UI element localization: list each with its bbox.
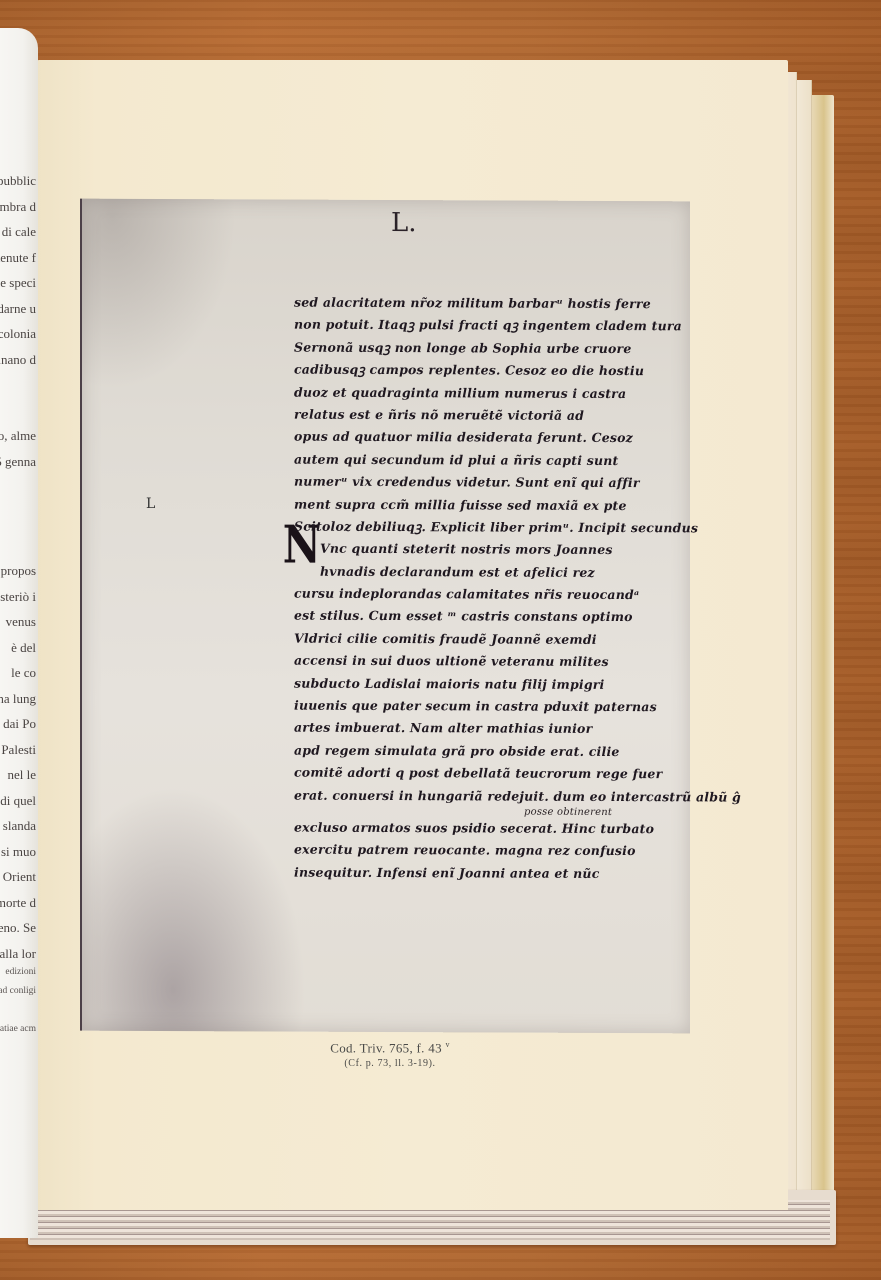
manuscript-line: autem qui secundum id plui a ñris capti … <box>294 448 689 472</box>
text-line <box>0 1001 36 1020</box>
text-line: di cale <box>0 219 36 245</box>
manuscript-line: cadibusqꝫ campos replentes. Cesoz eo die… <box>294 359 689 383</box>
manuscript-text: sed alacritatem nr̃oz militum barbarᵘ ho… <box>294 292 689 886</box>
caption-title: Cod. Triv. 765, f. 43 v <box>280 1040 500 1056</box>
manuscript-facsimile-plate: L. N sed alacritatem nr̃oz militum barba… <box>80 199 690 1034</box>
manuscript-line: iuuenis que pater secum in castra pduxit… <box>294 695 689 719</box>
manuscript-line: Vnc quanti steterit nostris mors Joannes <box>294 538 689 562</box>
manuscript-line: cursu indeplorandas calamitates nr̃is re… <box>294 583 689 607</box>
manuscript-line: Sernonã usqꝫ non longe ab Sophia urbe cr… <box>294 336 689 360</box>
text-line: e pubblic <box>0 168 36 194</box>
text-line: colonia <box>0 321 36 347</box>
text-line: edizioni <box>0 963 36 982</box>
manuscript-line: sed alacritatem nr̃oz militum barbarᵘ ho… <box>294 292 689 316</box>
text-line: darne u <box>0 296 36 322</box>
text-line: è del <box>0 635 36 661</box>
manuscript-line: est stilus. Cum esset ᵐ castris constans… <box>294 605 689 629</box>
manuscript-line: subducto Ladislai maioris natu filij imp… <box>294 672 689 696</box>
caption-superscript: v <box>445 1040 449 1049</box>
manuscript-line: exercitu patrem reuocante. magna rez con… <box>294 839 689 863</box>
manuscript-line: artes imbuerat. Nam alter mathias iunior <box>294 717 689 741</box>
text-line: one speci <box>0 270 36 296</box>
text-line: n Orient <box>0 864 36 890</box>
text-line: di quel <box>0 788 36 814</box>
plate-caption: Cod. Triv. 765, f. 43 v (Cf. p. 73, ll. … <box>280 1040 500 1069</box>
manuscript-line: non potuit. Itaqꝫ pulsi fracti qꝫ ingent… <box>294 314 689 338</box>
text-line: o, alme <box>0 423 36 449</box>
manuscript-line: hvnadis declarandum est et afelici rez <box>294 560 689 584</box>
text-line: minano d <box>0 347 36 373</box>
caption-reference: (Cf. p. 73, ll. 3-19). <box>280 1058 500 1069</box>
text-line: osteriò i <box>0 584 36 610</box>
text-line: eno. Se <box>0 915 36 941</box>
folio-mark: L. <box>391 208 417 238</box>
manuscript-line: ment supra ccm̃ millia fuisse sed maxiã … <box>294 493 689 517</box>
text-line <box>0 398 36 424</box>
text-line: 5 genna <box>0 449 36 475</box>
manuscript-line: insequitur. Infensi enĩ Joanni antea et … <box>294 861 689 885</box>
text-line: nel le <box>0 762 36 788</box>
caption-title-text: Cod. Triv. 765, f. 43 <box>330 1040 442 1055</box>
text-line: ad conligi <box>0 982 36 1001</box>
left-page-text-middle: propososteriò ivenusè delle couna lungda… <box>0 558 36 966</box>
text-line: dai Po <box>0 711 36 737</box>
manuscript-line: excluso armatos suos psidio secerat. Hin… <box>294 817 689 841</box>
text-line: le co <box>0 660 36 686</box>
manuscript-line: accensi in sui duos ultionẽ veteranu mil… <box>294 650 689 674</box>
manuscript-line: apd regem simulata grã pro obside erat. … <box>294 739 689 763</box>
text-line: una lung <box>0 686 36 712</box>
text-line: Palesti <box>0 737 36 763</box>
manuscript-line: Scitoloz debiliuqꝫ. Explicit liber primᵘ… <box>294 516 689 540</box>
manuscript-line: comitẽ adorti q post debellatã teucrorum… <box>294 762 689 786</box>
left-page: e pubblicsembra ddi caletenute fone spec… <box>0 28 38 1238</box>
manuscript-line: opus ad quatuor milia desiderata ferunt.… <box>294 426 689 450</box>
text-line: propos <box>0 558 36 584</box>
text-line: venus <box>0 609 36 635</box>
text-line: atiae acm <box>0 1020 36 1039</box>
text-line: slanda <box>0 813 36 839</box>
manuscript-line: relatus est e ñris nõ meruẽtẽ victoriã a… <box>294 404 689 428</box>
text-line: tenute f <box>0 245 36 271</box>
manuscript-line: duoz et quadraginta millium numerus i ca… <box>294 381 689 405</box>
text-line: sembra d <box>0 194 36 220</box>
manuscript-line: numerᵘ vix credendus videtur. Sunt enĩ q… <box>294 471 689 495</box>
left-page-text-top: e pubblicsembra ddi caletenute fone spec… <box>0 168 36 474</box>
text-line: si muo <box>0 839 36 865</box>
margin-mark: L <box>146 496 155 512</box>
left-page-footnotes: edizioniad conligi atiae acm <box>0 963 36 1039</box>
text-line: morte d <box>0 890 36 916</box>
text-line <box>0 372 36 398</box>
manuscript-line: erat. conuersi in hungariã redejuit. dum… <box>294 784 689 808</box>
manuscript-line: Vldrici cilie comitis fraudẽ Joannẽ exem… <box>294 627 689 651</box>
